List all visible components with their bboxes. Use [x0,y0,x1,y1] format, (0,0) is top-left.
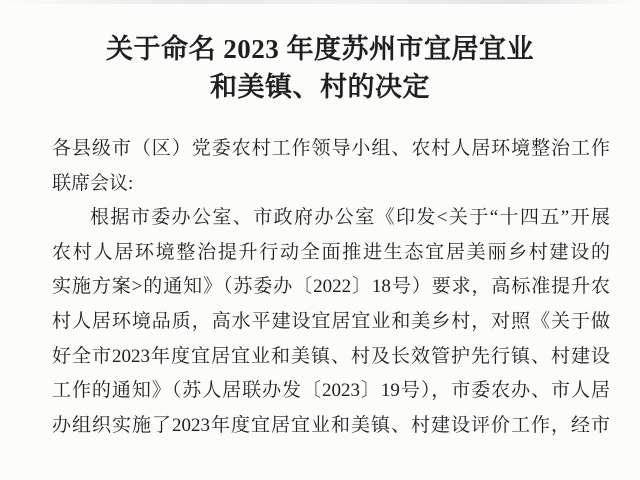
title-line-1: 关于命名 2023 年度苏州市宜居宜业 [0,30,640,68]
document-page: 关于命名 2023 年度苏州市宜居宜业 和美镇、村的决定 各县级市（区）党委农村… [0,0,640,480]
body-line: 农村人居环境整治提升行动全面推进生态宜居美丽乡村建设的 [52,236,610,271]
title-line-2: 和美镇、村的决定 [0,68,640,106]
document-body: 各县级市（区）党委农村工作领导小组、农村人居环境整治工作 联席会议: 根据市委办… [52,132,610,443]
body-line: 村人居环境品质，高水平建设宜居宜业和美乡村，对照《关于做 [52,305,610,340]
body-line: 工作的通知》（苏人居联办发〔2023〕19号），市委农办、市人居 [52,374,610,409]
body-line-salutation-2: 联席会议: [52,167,610,202]
body-line: 好全市2023年度宜居宜业和美镇、村及长效管护先行镇、村建设 [52,340,610,375]
body-line: 办组织实施了2023年度宜居宜业和美镇、村建设评价工作，经市 [52,409,610,444]
body-line-paragraph-start: 根据市委办公室、市政府办公室《印发<关于“十四五”开展 [52,201,610,236]
body-line: 实施方案>的通知》（苏委办〔2022〕18号）要求，高标准提升农 [52,270,610,305]
body-line-salutation-1: 各县级市（区）党委农村工作领导小组、农村人居环境整治工作 [52,132,610,167]
document-title: 关于命名 2023 年度苏州市宜居宜业 和美镇、村的决定 [0,30,640,106]
